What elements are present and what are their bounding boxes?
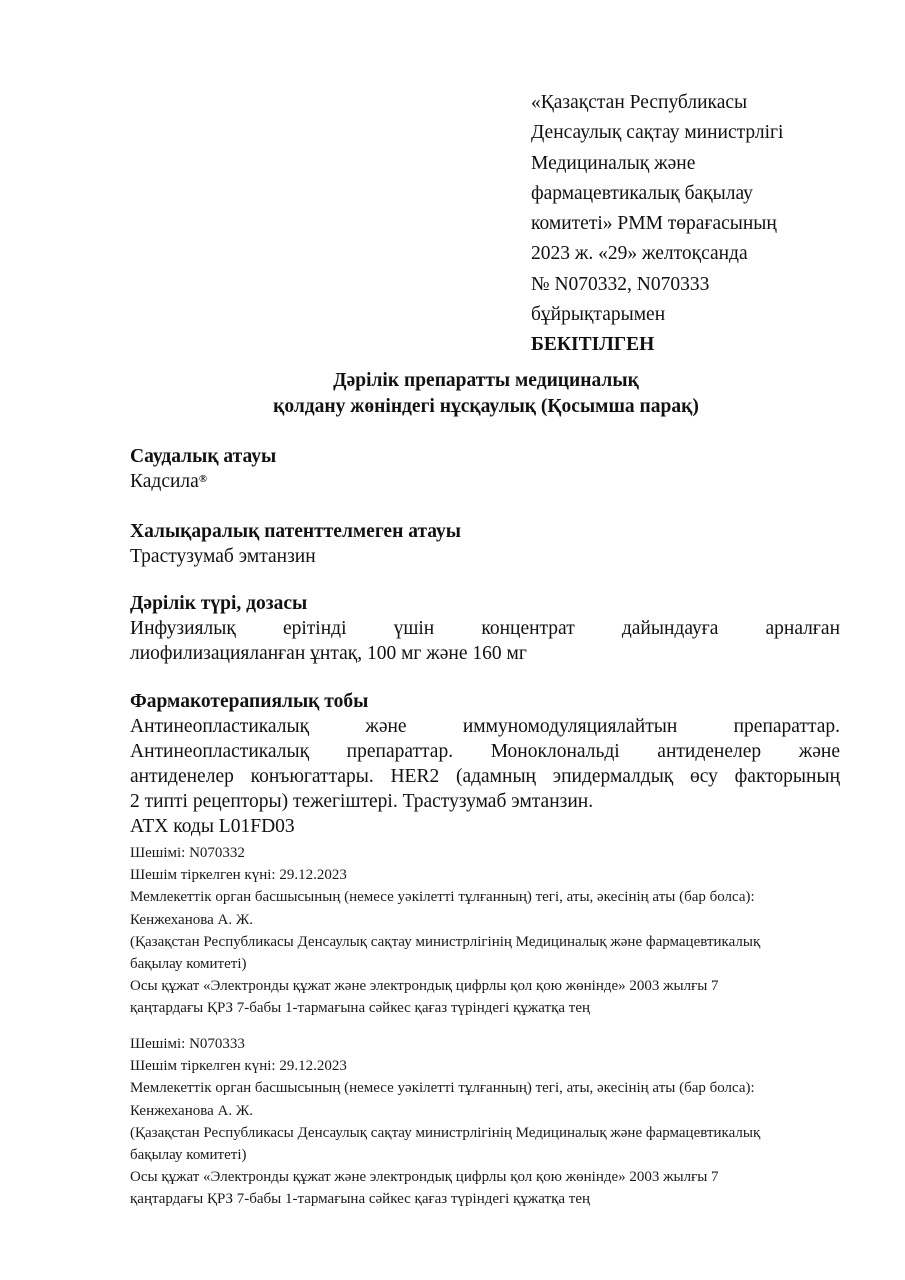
decision-legal-line-2: қаңтардағы ҚРЗ 7-бабы 1-тармағына сәйкес… (130, 1188, 845, 1210)
document-title-line-1: Дәрілік препаратты медициналық (130, 368, 842, 394)
decision-org-line-2: бақылау комитеті) (130, 1144, 845, 1166)
atc-code: АТХ коды L01FD03 (130, 814, 840, 839)
approval-line: Медициналық және (531, 149, 871, 179)
registered-mark: ® (199, 473, 207, 485)
section-trade-name: Саудалық атауы Кадсила® (130, 444, 840, 494)
decision-date: Шешім тіркелген күні: 29.12.2023 (130, 1055, 845, 1077)
approval-line: комитеті» РММ төрағасының (531, 209, 871, 239)
pharma-group-line-4: 2 типті рецепторы) тежегіштері. Трастузу… (130, 789, 840, 814)
approval-line: 2023 ж. «29» желтоқсанда (531, 239, 871, 269)
document-title: Дәрілік препаратты медициналық қолдану ж… (130, 368, 842, 420)
decision-signer-label: Мемлекеттік орган басшысының (немесе уәк… (130, 886, 845, 908)
decision-block-1: Шешімі: N070332 Шешім тіркелген күні: 29… (130, 842, 845, 1020)
section-dosage-form: Дәрілік түрі, дозасы Инфузиялық ерітінді… (130, 591, 840, 666)
approval-line: бұйрықтарымен (531, 300, 871, 330)
pharma-group-line-3: антиденелер конъюгаттары. HER2 (адамның … (130, 764, 840, 789)
approval-line: № N070332, N070333 (531, 270, 871, 300)
section-heading: Фармакотерапиялық тобы (130, 689, 840, 714)
document-title-line-2: қолдану жөніндегі нұсқаулық (Қосымша пар… (130, 394, 842, 420)
trade-name-text: Кадсила (130, 471, 199, 492)
section-inn: Халықаралық патенттелмеген атауы Трастуз… (130, 519, 840, 569)
decision-org-line-1: (Қазақстан Республикасы Денсаулық сақтау… (130, 931, 845, 953)
trade-name-value: Кадсила® (130, 469, 840, 494)
dosage-form-line-2: лиофилизацияланған ұнтақ, 100 мг және 16… (130, 641, 840, 666)
decision-signer-label: Мемлекеттік орган басшысының (немесе уәк… (130, 1077, 845, 1099)
approval-line: Денсаулық сақтау министрлігі (531, 118, 871, 148)
decision-signer-name: Кенжеханова А. Ж. (130, 909, 845, 931)
section-heading: Дәрілік түрі, дозасы (130, 591, 840, 616)
inn-value: Трастузумаб эмтанзин (130, 544, 840, 569)
document-page: «Қазақстан Республикасы Денсаулық сақтау… (0, 0, 905, 1280)
decision-legal-line-2: қаңтардағы ҚРЗ 7-бабы 1-тармағына сәйкес… (130, 997, 845, 1019)
section-heading: Саудалық атауы (130, 444, 840, 469)
approval-block: «Қазақстан Республикасы Денсаулық сақтау… (531, 88, 871, 361)
decision-signer-name: Кенжеханова А. Ж. (130, 1100, 845, 1122)
decision-number: Шешімі: N070333 (130, 1033, 845, 1055)
decision-legal-line-1: Осы құжат «Электронды құжат және электро… (130, 1166, 845, 1188)
approval-line: фармацевтикалық бақылау (531, 179, 871, 209)
decision-org-line-2: бақылау комитеті) (130, 953, 845, 975)
decision-legal-line-1: Осы құжат «Электронды құжат және электро… (130, 975, 845, 997)
decision-block-2: Шешімі: N070333 Шешім тіркелген күні: 29… (130, 1033, 845, 1211)
pharma-group-line-1: Антинеопластикалық және иммуномодуляциял… (130, 714, 840, 739)
dosage-form-line-1: Инфузиялық ерітінді үшін концентрат дайы… (130, 616, 840, 641)
decision-date: Шешім тіркелген күні: 29.12.2023 (130, 864, 845, 886)
approval-stamp: БЕКІТІЛГЕН (531, 330, 871, 360)
decision-number: Шешімі: N070332 (130, 842, 845, 864)
pharma-group-line-2: Антинеопластикалық препараттар. Моноклон… (130, 739, 840, 764)
section-heading: Халықаралық патенттелмеген атауы (130, 519, 840, 544)
section-pharmacotherapeutic-group: Фармакотерапиялық тобы Антинеопластикалы… (130, 689, 840, 839)
approval-line: «Қазақстан Республикасы (531, 88, 871, 118)
decision-org-line-1: (Қазақстан Республикасы Денсаулық сақтау… (130, 1122, 845, 1144)
